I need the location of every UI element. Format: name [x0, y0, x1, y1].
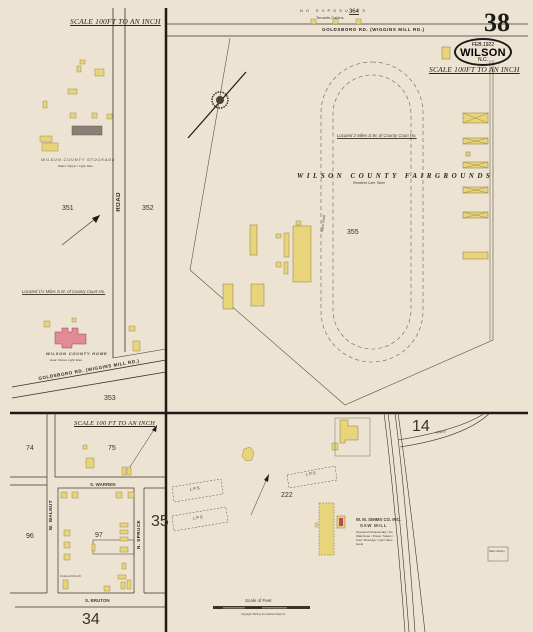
fairgrounds-sub-label: Resident Care Taker	[353, 181, 385, 185]
block-75: 75	[108, 445, 116, 452]
stockade-label: WILSON COUNTY STOCKADE	[41, 157, 115, 162]
adjacent-sheet-14[interactable]: 14	[412, 418, 430, 436]
fairgrounds-title: WILSON COUNTY FAIRGROUNDS	[297, 172, 493, 180]
stockade-sub-label: Water: Dipper / Light: Elec.	[58, 164, 94, 168]
block-351: 351	[62, 205, 74, 212]
adjacent-sheet-35[interactable]: 35	[151, 513, 169, 531]
county-home-label: WILSON COUNTY HOME	[46, 351, 107, 356]
city-title-oval: FEB.1922 WILSON N.C.	[454, 38, 512, 66]
colored-church-label: Colored Church	[60, 574, 81, 578]
street-n-spruce: N. SPRUCE	[136, 520, 141, 549]
block-74: 74	[26, 445, 34, 452]
street-s-warren: S. WARREN	[90, 482, 116, 487]
top-strip-road-label: GOLDSBORO RD. (WIGGINS MILL RD.)	[322, 27, 425, 32]
top-left-road-label: ROAD	[116, 192, 122, 212]
library-stamp: Map Library	[489, 549, 505, 553]
copyright-label: Copyright 1922 by the Sanborn Map Co.	[241, 613, 286, 616]
top-left-scale-label: SCALE 100FT TO AN INCH	[70, 17, 161, 26]
block-97: 97	[95, 532, 103, 539]
map-linework	[0, 0, 533, 632]
block-353: 353	[104, 395, 116, 402]
block-352: 352	[142, 205, 154, 212]
block-355: 355	[347, 229, 359, 236]
block-96: 96	[26, 533, 34, 540]
sheet-page-number: 38	[484, 8, 510, 38]
street-w-walnut: W. WALNUT	[48, 500, 53, 530]
scale-of-feet-label: Scale of Feet	[245, 598, 272, 603]
fairgrounds-location-note: Located 2 Miles S.W. of County Court Ho.	[337, 133, 417, 138]
street-s-bruton: S. BRUTON	[85, 598, 110, 603]
top-strip-cabins-label: Tenants Cabins	[316, 15, 344, 20]
county-home-sub-label: Heat: Stoves Light: Elec.	[50, 358, 83, 362]
bottom-left-scale-label: SCALE 100 FT TO AN INCH	[74, 420, 155, 427]
map-sheet: NO EXPOSURES Tenants Cabins 364 GOLDSBOR…	[0, 0, 533, 632]
saw-mill-type: SAW MILL	[360, 523, 387, 528]
saw-mill-name: W. M. SIMMS CO. INC.	[356, 517, 401, 522]
top-left-location-note: Located 1½ Miles S.W. of County Court Ho…	[22, 289, 105, 294]
adjacent-sheet-34[interactable]: 34	[82, 611, 100, 629]
top-right-scale-label: SCALE 100FT TO AN INCH	[429, 65, 520, 74]
saw-mill-details: Operated Occasionally / No Watchman / Po…	[356, 530, 398, 546]
block-222: 222	[281, 492, 293, 499]
top-strip-block-number: 364	[349, 9, 359, 15]
